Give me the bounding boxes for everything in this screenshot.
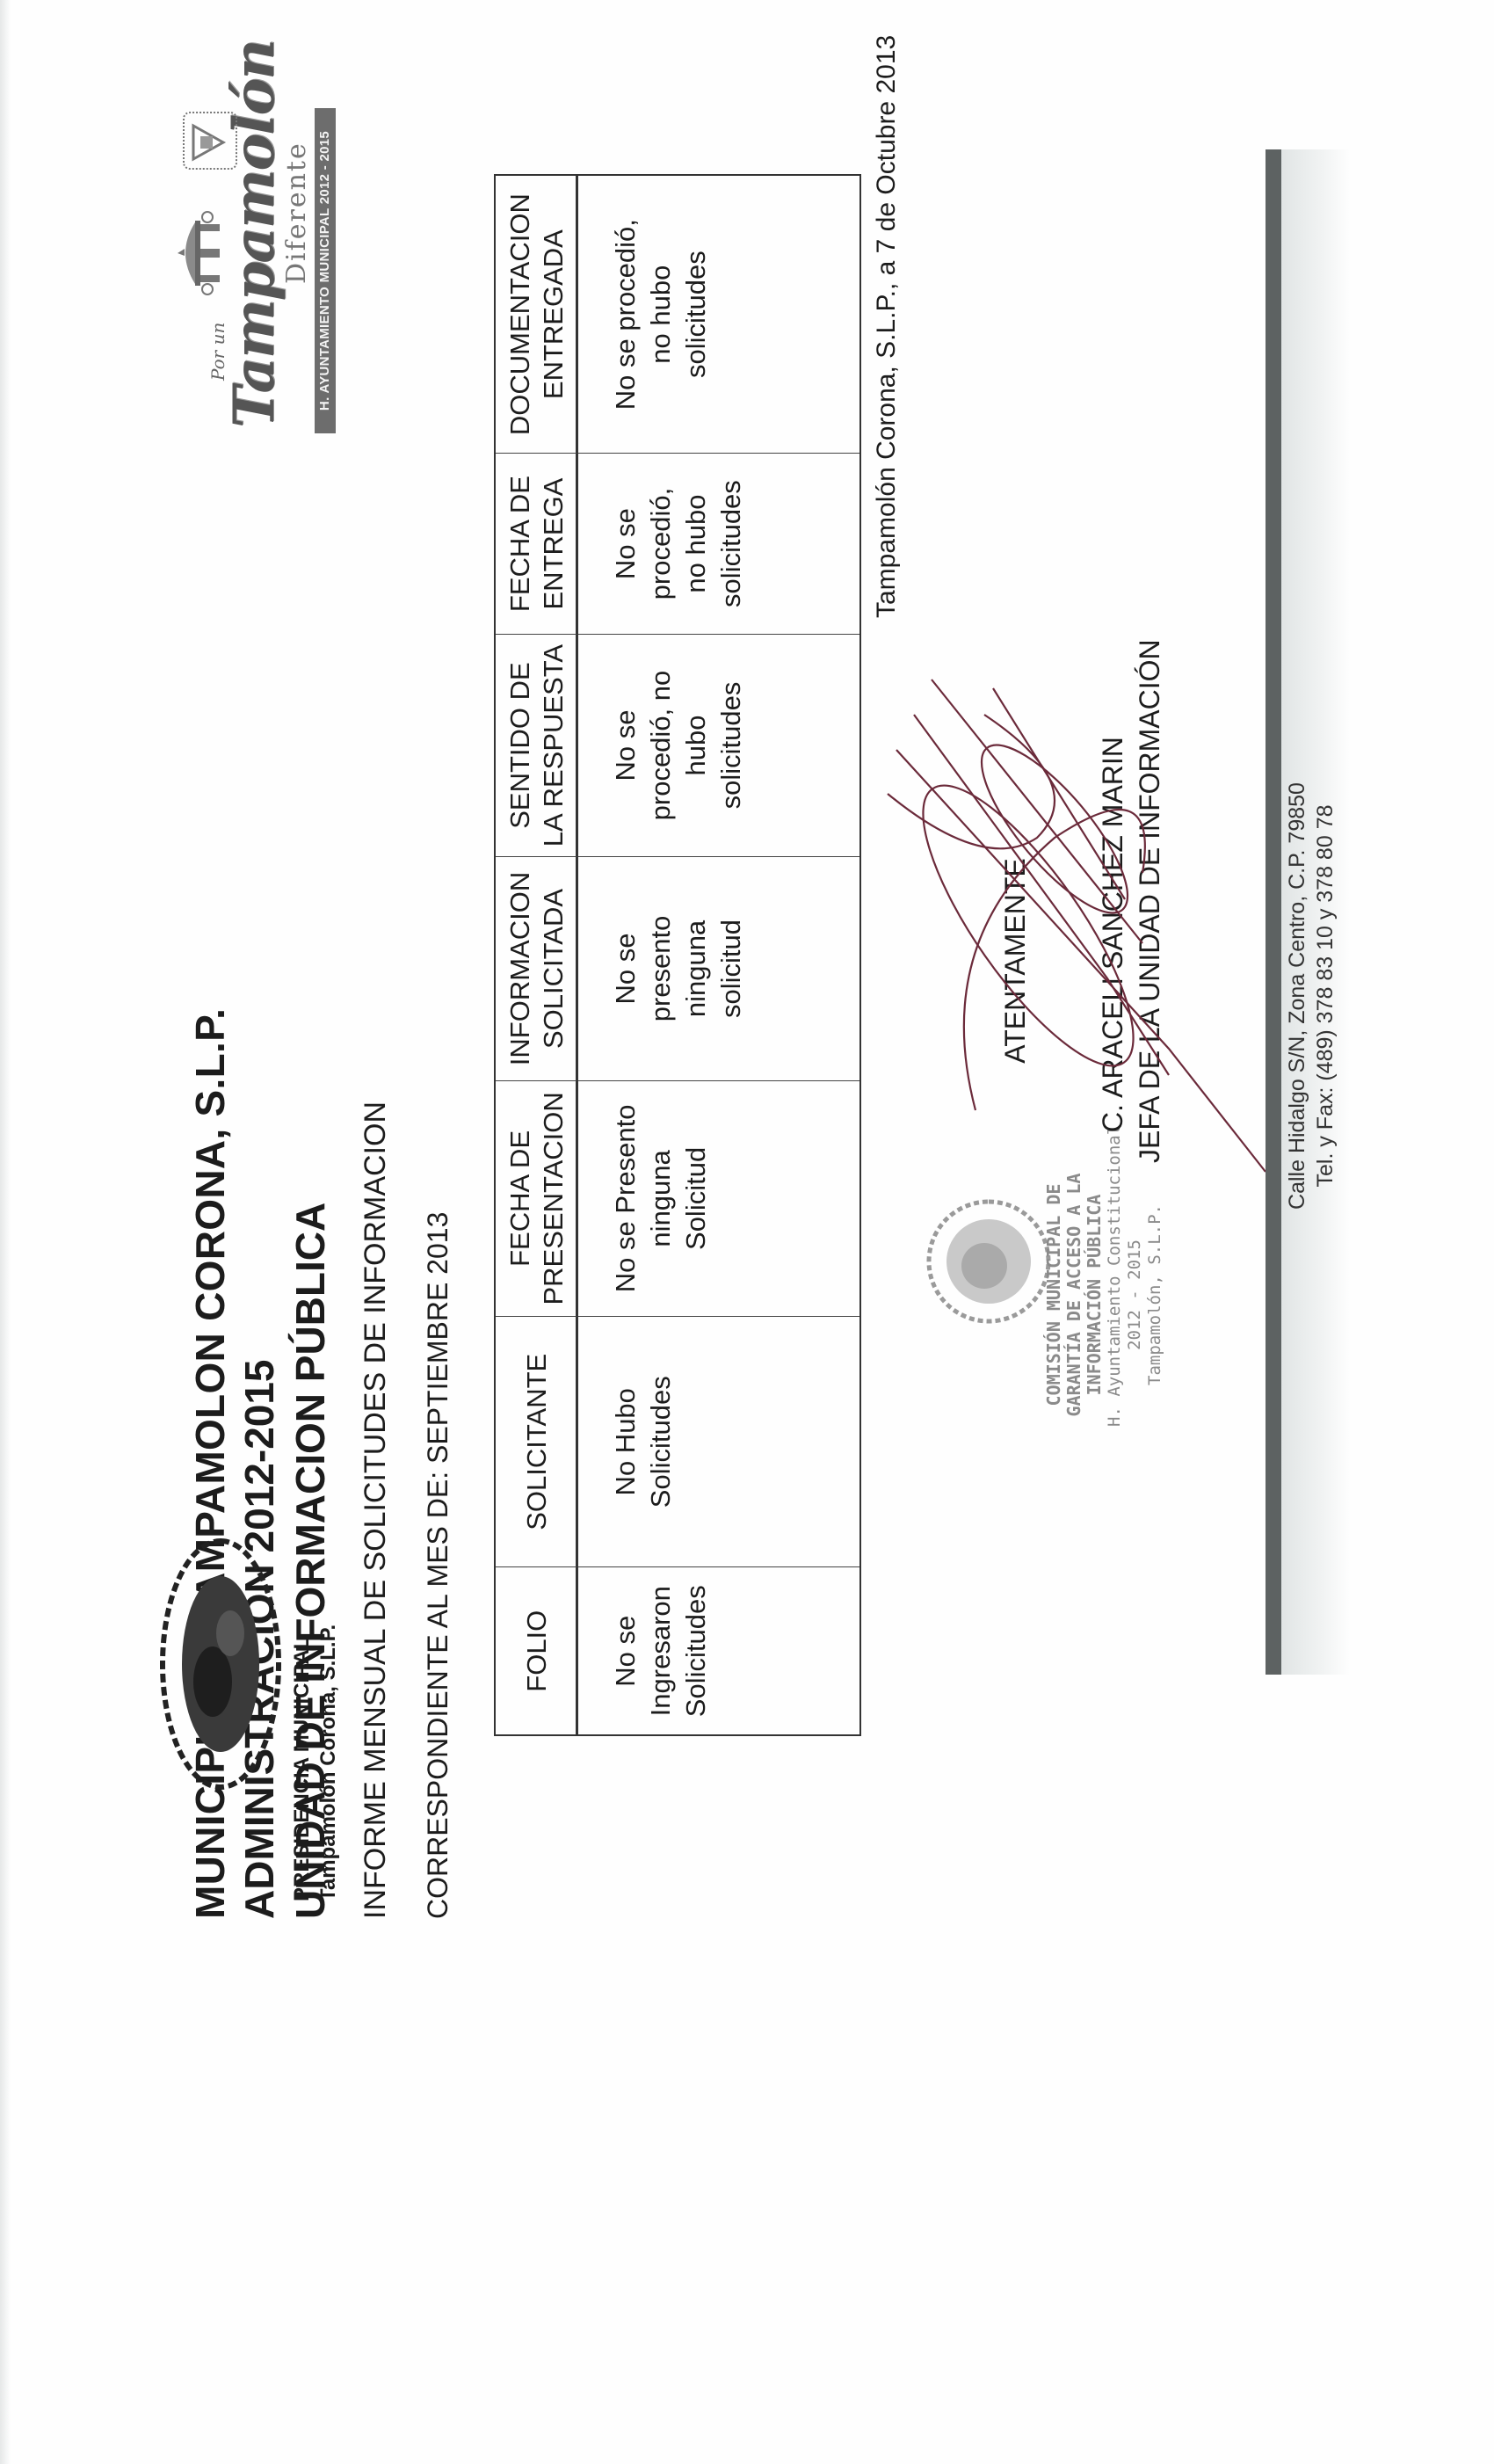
closing-atentamente: ATENTAMENTE [999, 847, 1032, 1075]
solicitudes-table: FOLIOSOLICITANTEFECHA DEPRESENTACIONINFO… [494, 174, 861, 1736]
table-header-cell: DOCUMENTACIONENTREGADA [496, 176, 578, 453]
cell-text: No se [608, 508, 643, 579]
header-text: SOLICITADA [537, 889, 570, 1049]
table-cell: No HuboSolicitudes [578, 1316, 859, 1566]
cell-text: No se Presento [608, 1105, 643, 1293]
subtitle-informe: INFORME MENSUAL DE SOLICITUDES DE INFORM… [359, 38, 393, 1919]
table-header-cell: SENTIDO DELA RESPUESTA [496, 634, 578, 856]
table-header-cell: FOLIO [496, 1566, 578, 1734]
signer-role: JEFA DE LA UNIDAD DE INFORMACIÓN [1134, 706, 1166, 1163]
footer-phone: Tel. y Fax: (489) 378 83 10 y 378 80 78 [1313, 671, 1338, 1321]
cell-text: Solicitudes [678, 1585, 714, 1717]
stamp-seal-icon [923, 1196, 1055, 1327]
cell-text: ninguna [678, 920, 714, 1017]
cell-text: No se [608, 933, 643, 1004]
table-cell: No se procedió,no hubosolicitudes [578, 176, 859, 453]
signer-name: C. ARACELI SANCHEZ MARIN [1097, 706, 1129, 1163]
table-cell: No se PresentoningunaSolicitud [578, 1080, 859, 1316]
stamp-line: H. Ayuntamiento Constitucional [1105, 1163, 1125, 1427]
header-text: FECHA DE [504, 1130, 537, 1267]
header-text: SOLICITANTE [520, 1354, 554, 1530]
date-line: Tampamolón Corona, S.L.P., a 7 de Octubr… [872, 174, 902, 618]
cell-text: presento [643, 916, 678, 1022]
header-text: PRESENTACION [537, 1092, 570, 1305]
subtitle-periodo: CORRESPONDIENTE AL MES DE: SEPTIEMBRE 20… [422, 38, 454, 1919]
header-text: SENTIDO DE [504, 662, 537, 828]
header-text: ENTREGA [537, 478, 570, 610]
rotated-document-page: Por un Tampamolón Diferente H. AYUNTAMIE… [0, 0, 1494, 2464]
scan-edge-shadow [0, 0, 11, 2464]
header-text: FOLIO [520, 1610, 554, 1692]
cell-text: solicitudes [678, 251, 714, 378]
footer-address: Calle Hidalgo S/N, Zona Centro, C.P. 798… [1285, 671, 1310, 1321]
table-cell: No seprocedió,no hubosolicitudes [578, 453, 859, 634]
stamp-line: GARANTÍA DE ACCESO A LA [1064, 1163, 1084, 1427]
cell-text: ninguna [643, 1150, 678, 1247]
header-text: DOCUMENTACION [504, 193, 537, 435]
header-text: ENTREGADA [537, 229, 570, 399]
table-cell: No seprocedió, nohubosolicitudes [578, 634, 859, 856]
table-header-cell: INFORMACIONSOLICITADA [496, 856, 578, 1079]
stamp-line: COMISIÓN MUNICIPAL DE [1044, 1163, 1064, 1427]
table-header-cell: SOLICITANTE [496, 1316, 578, 1566]
table-header-cell: FECHA DEPRESENTACION [496, 1080, 578, 1316]
cell-text: No se [608, 1616, 643, 1687]
header-text: FECHA DE [504, 476, 537, 612]
stamp-text: COMISIÓN MUNICIPAL DE GARANTÍA DE ACCESO… [1044, 1163, 1165, 1427]
handwritten-signature [879, 592, 1266, 1207]
cell-text: solicitudes [714, 480, 749, 607]
national-seal-icon [158, 1532, 283, 1796]
stamp-line: INFORMACIÓN PÚBLICA [1084, 1163, 1105, 1427]
cell-text: solicitud [714, 919, 749, 1018]
cell-text: hubo [678, 716, 714, 776]
cell-text: Ingresaron [643, 1586, 678, 1716]
table-cell: No seIngresaronSolicitudes [578, 1566, 859, 1734]
cell-text: no hubo [678, 495, 714, 593]
footer-bar [1266, 149, 1281, 1675]
table-cell: No sepresentoningunasolicitud [578, 856, 859, 1079]
table-header-cell: FECHA DEENTREGA [496, 453, 578, 634]
cell-text: procedió, [643, 488, 678, 600]
cell-text: No se procedió, [608, 219, 643, 410]
cell-text: solicitudes [714, 682, 749, 810]
stamp-line: Tampamolón, S.L.P. [1145, 1163, 1165, 1427]
presidencia-label: PRESIDENCIA MUNICIPAL [290, 1585, 315, 1901]
header-text: LA RESPUESTA [537, 644, 570, 847]
cell-text: procedió, no [643, 671, 678, 821]
header-text: INFORMACION [504, 872, 537, 1065]
presidencia-location: Tampamolón Corona, S.L.P. [316, 1585, 341, 1901]
stamp-line: 2012 - 2015 [1125, 1163, 1145, 1427]
cell-text: no hubo [643, 265, 678, 364]
cell-text: No se [608, 710, 643, 781]
cell-text: No Hubo [608, 1388, 643, 1495]
cell-text: Solicitud [678, 1147, 714, 1250]
cell-text: Solicitudes [643, 1376, 678, 1508]
